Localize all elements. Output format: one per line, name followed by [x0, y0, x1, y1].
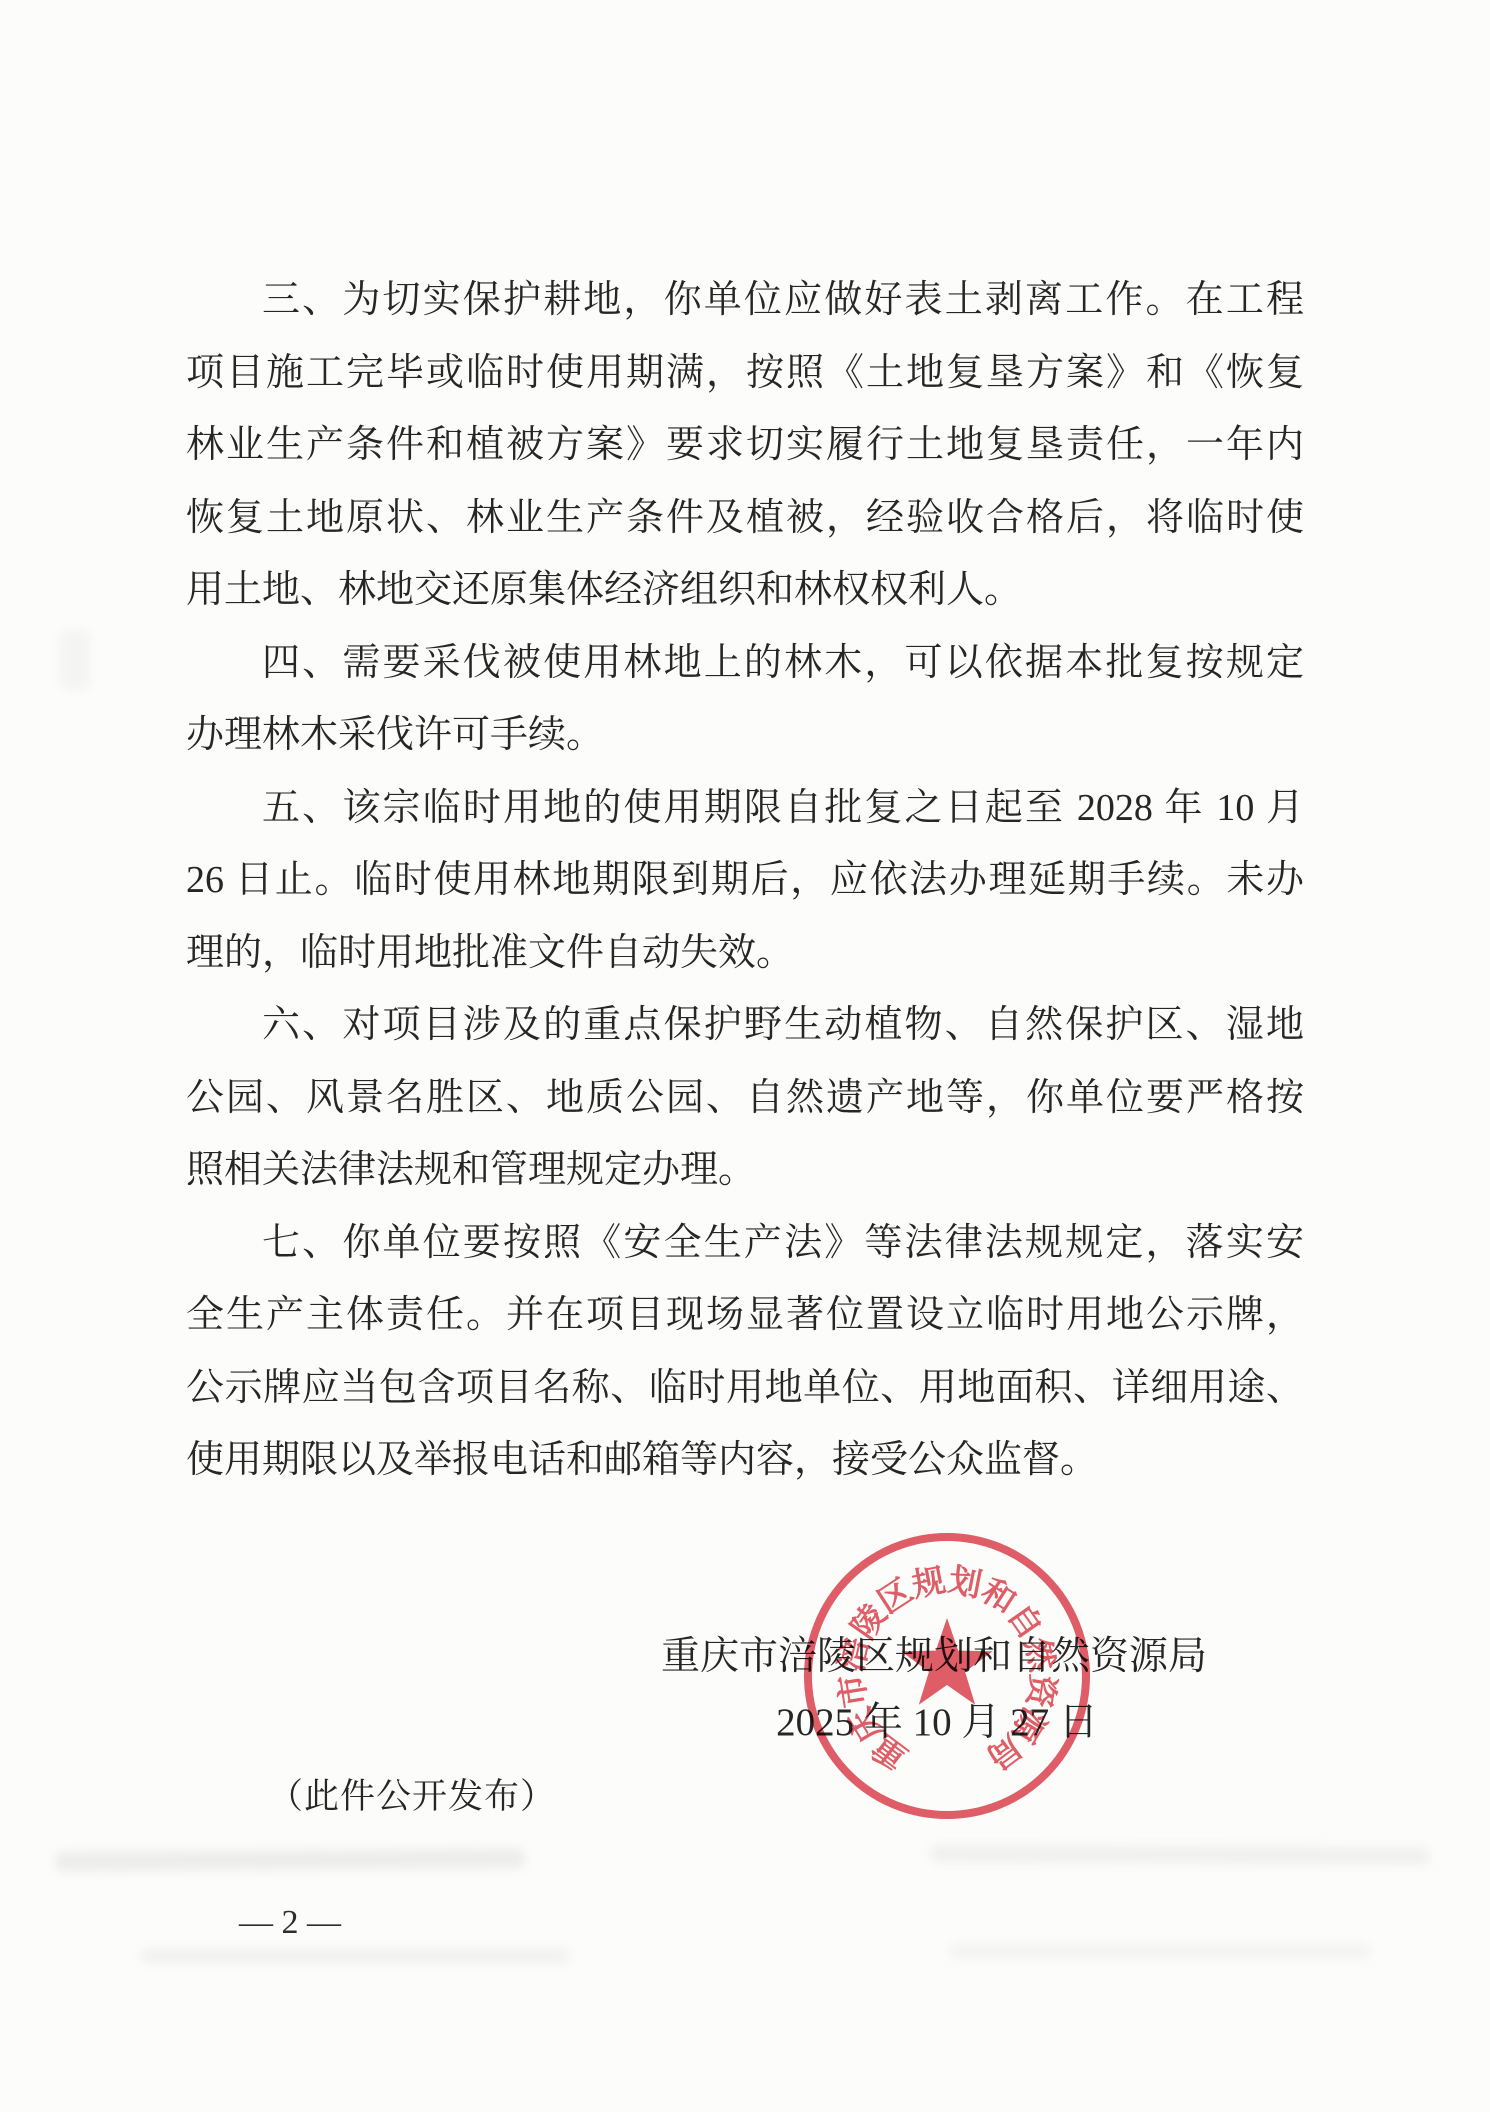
document-line: 恢复土地原状、林业生产条件及植被，经验收合格后，将临时使 — [186, 482, 1304, 555]
document-line: 26 日止。临时使用林地期限到期后，应依法办理延期手续。未办 — [186, 844, 1304, 917]
official-seal: 重庆市涪陵区规划和自然资源局 — [797, 1526, 1097, 1826]
document-line: 照相关法律法规和管理规定办理。 — [186, 1134, 1304, 1207]
stamp-ring-character: 然 — [1017, 1635, 1061, 1676]
document-line: 五、该宗临时用地的使用期限自批复之日起至 2028 年 10 月 — [186, 772, 1304, 845]
document-page: 三、为切实保护耕地，你单位应做好表土剥离工作。在工程项目施工完毕或临时使用期满，… — [0, 0, 1490, 2112]
document-line: 公园、风景名胜区、地质公园、自然遗产地等，你单位要严格按 — [186, 1062, 1304, 1135]
page-number: — 2 — — [200, 1887, 380, 1959]
scan-smudge — [55, 1848, 525, 1871]
document-line: 全生产主体责任。并在项目现场显著位置设立临时用地公示牌， — [186, 1279, 1304, 1352]
document-body: 三、为切实保护耕地，你单位应做好表土剥离工作。在工程项目施工完毕或临时使用期满，… — [186, 264, 1304, 1497]
document-line: 七、你单位要按照《安全生产法》等法律法规规定，落实安 — [186, 1207, 1304, 1280]
stamp-ring-character: 市 — [833, 1672, 875, 1710]
scan-smudge — [950, 1944, 1370, 1959]
document-line: 项目施工完毕或临时使用期满，按照《土地复垦方案》和《恢复 — [186, 337, 1304, 410]
scan-smudge — [930, 1845, 1430, 1866]
document-line: 林业生产条件和植被方案》要求切实履行土地复垦责任，一年内 — [186, 409, 1304, 482]
public-release-note: （此件公开发布） — [268, 1761, 556, 1833]
document-line: 理的，临时用地批准文件自动失效。 — [186, 917, 1304, 990]
document-line: 办理林木采伐许可手续。 — [186, 699, 1304, 772]
document-line: 使用期限以及举报电话和邮箱等内容，接受公众监督。 — [186, 1424, 1304, 1497]
scan-smudge — [60, 630, 90, 690]
document-line: 公示牌应当包含项目名称、临时用地单位、用地面积、详细用途、 — [186, 1352, 1304, 1425]
document-line: 六、对项目涉及的重点保护野生动植物、自然保护区、湿地 — [186, 989, 1304, 1062]
stamp-ring-character: 规 — [909, 1562, 948, 1605]
document-line: 四、需要采伐被使用林地上的林木，可以依据本批复按规定 — [186, 627, 1304, 700]
document-line: 三、为切实保护耕地，你单位应做好表土剥离工作。在工程 — [186, 264, 1304, 337]
document-line: 用土地、林地交还原集体经济组织和林权权利人。 — [186, 554, 1304, 627]
stamp-star-icon — [901, 1618, 992, 1705]
